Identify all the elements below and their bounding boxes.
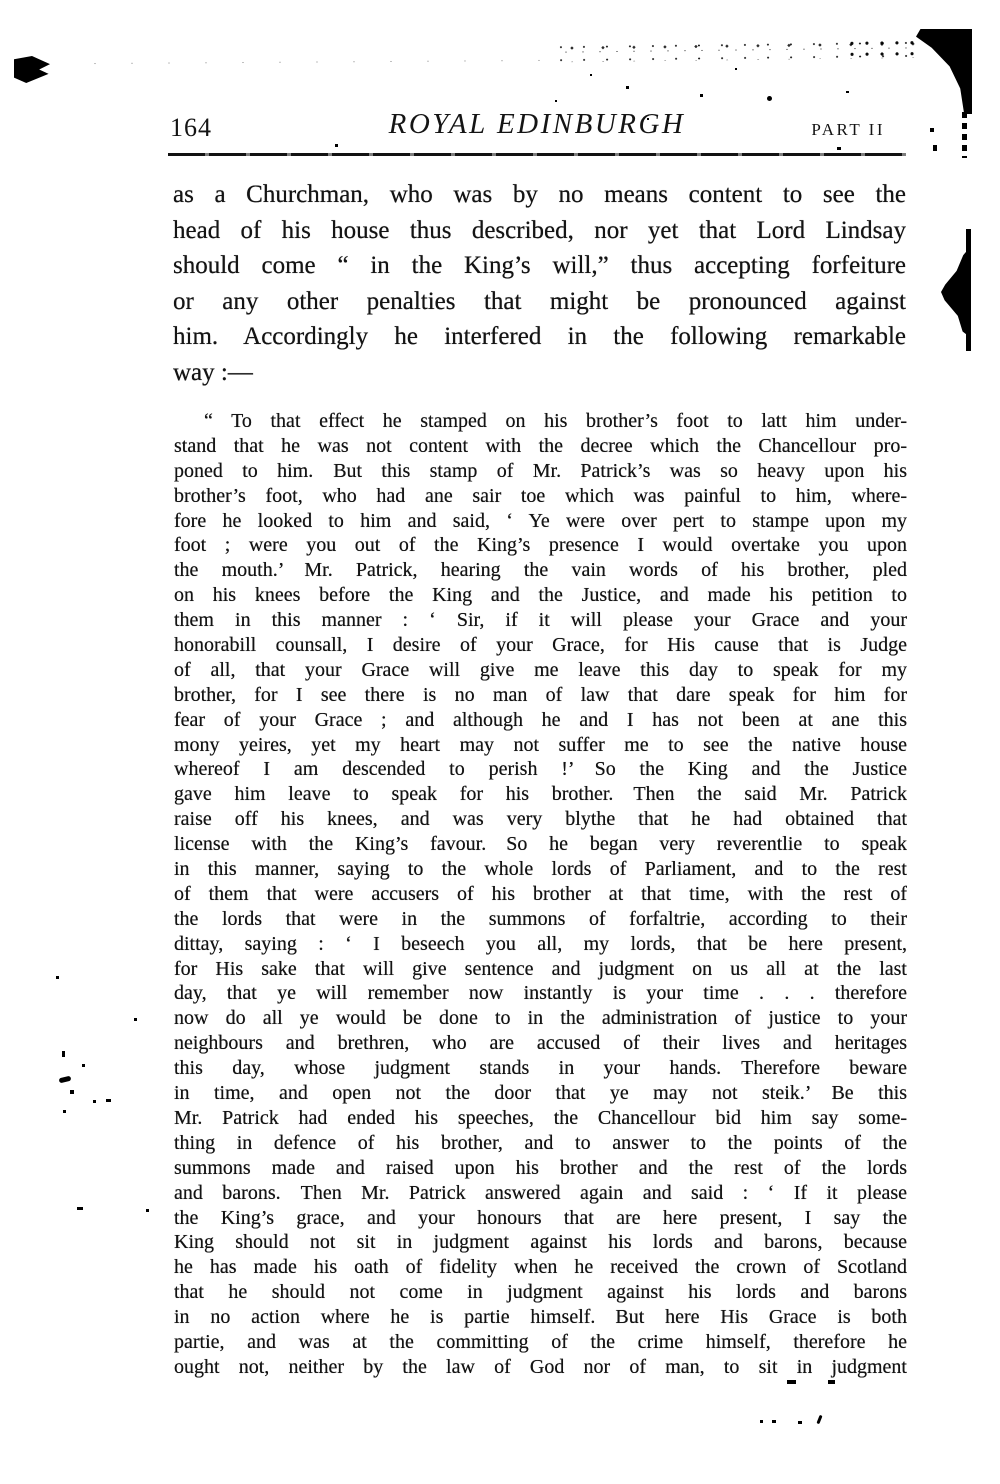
text-line: poned to him. But this stamp of Mr. Patr… (174, 459, 907, 484)
scan-speck (816, 1415, 822, 1424)
text-line: raise off his knees, and was very blythe… (174, 807, 907, 832)
text-line: honorabill counsall, I desire of your Gr… (174, 633, 907, 658)
text-line: neighbours and brethren, who are accused… (174, 1031, 907, 1056)
scan-left-edge-mark (14, 56, 50, 83)
scan-speck (146, 1209, 149, 1212)
scan-edge-line (962, 112, 967, 158)
scan-speck (134, 1018, 137, 1021)
quoted-passage: “ To that effect he stamped on his broth… (174, 409, 907, 1380)
text-line: of them that were accusers of his brothe… (174, 882, 907, 907)
scan-speck (82, 1064, 85, 1067)
text-line: the King’s grace, and your honours that … (174, 1206, 907, 1231)
text-line: and barons. Then Mr. Patrick answered ag… (174, 1181, 907, 1206)
scan-speck (930, 128, 934, 132)
scan-speck (760, 1420, 763, 1423)
scan-speck (787, 1380, 796, 1384)
text-line: brother, for I see there is no man of la… (174, 683, 907, 708)
scan-speck (933, 145, 937, 151)
scan-edge-shadow (941, 246, 971, 338)
scan-speck (70, 1090, 74, 1094)
part-label: PART II (811, 120, 885, 140)
text-line: or any other penalties that might be pro… (173, 284, 906, 320)
scan-speck (837, 147, 841, 150)
text-line: “ To that effect he stamped on his broth… (174, 409, 907, 434)
text-line: foot ; were you out of the King’s presen… (174, 533, 907, 558)
text-line: summons made and raised upon his brother… (174, 1156, 907, 1181)
text-line: that he should not come in judgment agai… (174, 1280, 907, 1305)
scan-speck (335, 144, 338, 147)
text-line: dittay, saying : ‘ I beseech you all, my… (174, 932, 907, 957)
text-line: brother’s foot, who had ane sair toe whi… (174, 484, 907, 509)
scan-speck (647, 118, 649, 120)
text-line: on his knees before the King and the Jus… (174, 583, 907, 608)
text-line: them in this manner : ‘ Sir, if it will … (174, 608, 907, 633)
scan-speck (735, 68, 737, 70)
header-rule (168, 153, 906, 156)
scan-speck (555, 100, 557, 102)
scan-speck (828, 1380, 835, 1384)
text-line: thing in defence of his brother, and to … (174, 1131, 907, 1156)
scan-corner-shadow (916, 29, 972, 114)
scan-speck (59, 1076, 72, 1084)
text-line: fear of your Grace ; and although he and… (174, 708, 907, 733)
scan-speck (772, 1420, 776, 1423)
text-line: day, that ye will remember now instantly… (174, 981, 907, 1006)
text-line: partie, and was at the committing of the… (174, 1330, 907, 1355)
scan-speck (700, 94, 703, 97)
text-line: fore he looked to him and said, ‘ Ye wer… (174, 509, 907, 534)
scan-speck (77, 1207, 83, 1210)
text-line: for His sake that will give sentence and… (174, 957, 907, 982)
text-line: way :— (173, 355, 906, 391)
scan-dots-trail (92, 56, 542, 68)
text-line: him. Accordingly he interfered in the fo… (173, 319, 906, 355)
book-page: 164 ROYAL EDINBURGH PART II as a Churchm… (0, 0, 1000, 1484)
scan-speck (63, 1110, 66, 1113)
text-line: in this manner, saying to the whole lord… (174, 857, 907, 882)
text-line: he has made his oath of fidelity when he… (174, 1255, 907, 1280)
text-line: the lords that were in the summons of fo… (174, 907, 907, 932)
running-title: ROYAL EDINBURGH (168, 108, 906, 141)
scan-smudge-dense (848, 38, 920, 63)
text-line: now do all ye would be done to in the ad… (174, 1006, 907, 1031)
text-line: head of his house thus described, nor ye… (173, 213, 906, 249)
text-line: King should not sit in judgment against … (174, 1230, 907, 1255)
text-line: this day, whose judgment stands in your … (174, 1056, 907, 1081)
text-line: as a Churchman, who was by no means cont… (173, 177, 906, 213)
scan-speck (56, 976, 59, 979)
scan-speck (590, 74, 592, 76)
scan-speck (846, 91, 849, 93)
scan-speck (62, 1051, 65, 1057)
text-line: in no action where he is partie himself.… (174, 1305, 907, 1330)
text-line: the mouth.’ Mr. Patrick, hearing the vai… (174, 558, 907, 583)
text-line: stand that he was not content with the d… (174, 434, 907, 459)
body-paragraph: as a Churchman, who was by no means cont… (173, 177, 906, 390)
text-line: ought not, neither by the law of God nor… (174, 1355, 907, 1380)
text-line: should come “ in the King’s will,” thus … (173, 248, 906, 284)
scan-speck (767, 96, 772, 101)
text-line: gave him leave to speak for his brother.… (174, 782, 907, 807)
text-line: of all, that your Grace will give me lea… (174, 658, 907, 683)
text-line: license with the King’s favour. So he be… (174, 832, 907, 857)
scan-speck (798, 1421, 802, 1424)
scan-speck (106, 1099, 111, 1102)
scan-speck (93, 1100, 96, 1103)
scan-speck (626, 86, 629, 89)
text-line: mony yeires, yet my heart may not suffer… (174, 733, 907, 758)
text-line: whereof I am descended to perish !’ So t… (174, 757, 907, 782)
text-line: in time, and open not the door that ye m… (174, 1081, 907, 1106)
text-line: Mr. Patrick had ended his speeches, the … (174, 1106, 907, 1131)
